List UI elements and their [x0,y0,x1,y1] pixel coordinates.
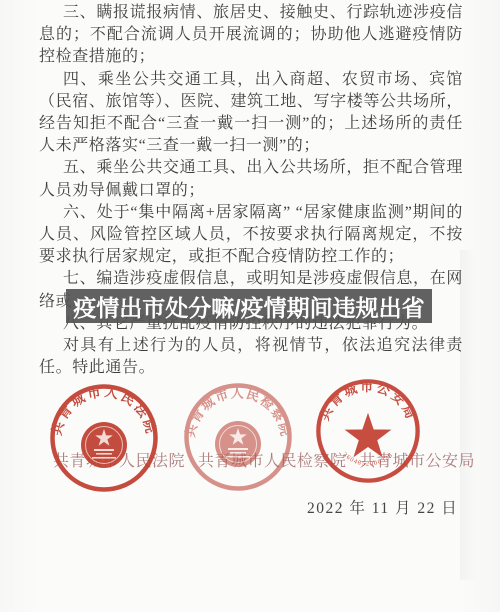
notice-item-4: 四、乘坐公共交通工具，出入商超、农贸市场、宾馆（民宿、旅馆等）、医院、建筑工地、… [39,69,463,158]
notice-photo: 三、瞒报谎报病情、旅居史、接触史、行踪轨迹涉疫信息的；不配合流调人员开展流调的；… [0,0,500,612]
star-icon [345,413,392,458]
notice-item-3: 三、瞒报谎报病情、旅居史、接触史、行踪轨迹涉疫信息的；不配合流调人员开展流调的；… [39,2,463,69]
caption-overlay-banner: 疫情出市处分嘛/疫情期间违规出省 [66,289,432,323]
court-seal: 共青城市人民法院 [49,383,159,493]
national-emblem-icon [215,421,261,467]
national-emblem-icon [81,422,127,468]
police-seal-serial: 3604852000328 [341,451,394,467]
svg-text:3604852000328: 3604852000328 [341,451,394,467]
notice-item-6: 六、处于“集中隔离+居家隔离” “居家健康监测”期间的人员、风险管控区域人员，不… [39,202,463,269]
police-seal: 共青城市公安局 3604852000328 [315,378,421,484]
caption-overlay-text: 疫情出市处分嘛/疫情期间违规出省 [73,290,424,323]
notice-item-5: 五、乘坐公共交通工具、出入公共场所，拒不配合管理人员劝导佩戴口罩的； [39,157,463,201]
notice-date: 2022 年 11 月 22 日 [307,496,458,518]
procuratorate-seal: 共青城市人民检察院 [183,382,293,492]
notice-closing: 对具有上述行为的人员，将视情节，依法追究法律责任。特此通告。 [39,335,463,379]
